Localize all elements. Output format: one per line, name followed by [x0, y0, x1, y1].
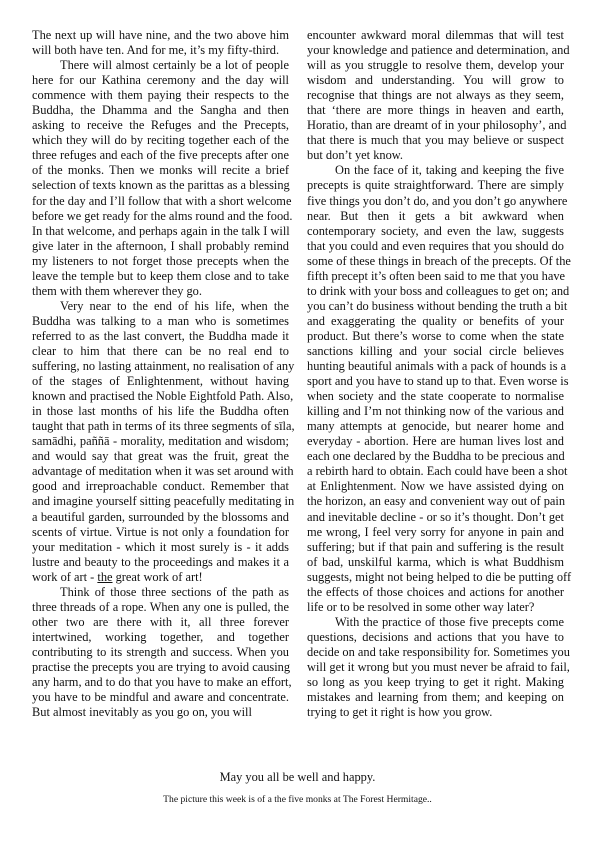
text-line: precepts is quite straightforward. There… [307, 178, 564, 193]
text-line: wisdom and understanding. You will grow … [307, 73, 564, 88]
text-line: In that welcome, and perhaps again in th… [32, 224, 289, 239]
text-line: but don’t yet know. [307, 148, 564, 163]
text-line: near. But then it gets a bit awkward whe… [307, 209, 564, 224]
left-column: The next up will have nine, and the two … [32, 28, 289, 720]
text-line: for the day and I’ll follow that with a … [32, 194, 289, 209]
text-line: encounter awkward moral dilemmas that wi… [307, 28, 564, 43]
text-line: sanctions killing and your social circle… [307, 344, 564, 359]
text-line: the effects of those choices and actions… [307, 585, 564, 600]
text-line: and imagine yourself sitting peacefully … [32, 494, 289, 509]
text-line: your meditation - which it most surely i… [32, 540, 289, 555]
text-line: other two are there with it, all three f… [32, 615, 289, 630]
text-line: three threads of a rope. When any one is… [32, 600, 289, 615]
paragraph: There will almost certainly be a lot of … [32, 58, 289, 299]
text-line: clear to him that there can be no real e… [32, 344, 289, 359]
text-line: when society and the state cooperate to … [307, 389, 564, 404]
text-line: suggests, might not being helped to die … [307, 570, 564, 585]
text-line: decide on and take responsibility for. S… [307, 645, 564, 660]
text-line: On the face of it, taking and keeping th… [307, 163, 564, 178]
text-line: Very near to the end of his life, when t… [32, 299, 289, 314]
text-line: any harm, and to do that you have to mak… [32, 675, 289, 690]
text-line: my listeners to not forget those precept… [32, 254, 289, 269]
text-line: you can’t do business without bending th… [307, 299, 564, 314]
text-line: advantage of meditation when it was set … [32, 464, 289, 479]
text-line: before we get ready for the alms round a… [32, 209, 289, 224]
text-line: Horatio, than are dreamt of in your phil… [307, 118, 564, 133]
text-line: known and practised the Noble Eightfold … [32, 389, 289, 404]
text-line: so long as you keep trying to get it rig… [307, 675, 564, 690]
text-line: Think of those three sections of the pat… [32, 585, 289, 600]
text-line: three refuges and each of the five prece… [32, 148, 289, 163]
paragraph: With the practice of those five precepts… [307, 615, 564, 720]
text-line: killing and I’m not thinking now of the … [307, 404, 564, 419]
text-line: taught that path in terms of its three s… [32, 419, 289, 434]
text-line: them with them wherever they go. [32, 284, 289, 299]
text-line: contributing to its strength and success… [32, 645, 289, 660]
text-line: questions, decisions and actions that yo… [307, 630, 564, 645]
text-line: will as you struggle to resolve them, de… [307, 58, 564, 73]
text-line: many attempts at genocide, but nearer ho… [307, 419, 564, 434]
text-line: referred to as the last convert, the Bud… [32, 329, 289, 344]
text-line: life or to be resolved in some other way… [307, 600, 564, 615]
text-line: product. But there’s worse to come when … [307, 329, 564, 344]
closing-blessing: May you all be well and happy. [0, 770, 595, 785]
text-line: good and irreproachable conduct. Remembe… [32, 479, 289, 494]
text-line: suffering; but if that pain and sufferin… [307, 540, 564, 555]
text-line: samādhi, paññā - morality, meditation an… [32, 434, 289, 449]
text-line: to drink with your boss and colleagues t… [307, 284, 564, 299]
text-line: practise the precepts you are trying to … [32, 660, 289, 675]
text-line: leave the temple but to keep them close … [32, 269, 289, 284]
text-line: will get it wrong but you must never be … [307, 660, 564, 675]
paragraph: Very near to the end of his life, when t… [32, 299, 289, 585]
text-line: asking to receive the Refuges and the Pr… [32, 118, 289, 133]
right-column: encounter awkward moral dilemmas that wi… [307, 28, 564, 720]
paragraph: On the face of it, taking and keeping th… [307, 163, 564, 614]
text-line: mistakes and learning from them; and kee… [307, 690, 564, 705]
text-line: here for our Kathina ceremony and the da… [32, 73, 289, 88]
text-line: selection of texts known as the parittas… [32, 178, 289, 193]
text-line: sport and you have to stand up to that. … [307, 374, 564, 389]
text-line: and would say that great was the fruit, … [32, 449, 289, 464]
text-line: and exaggerating the quality or benefits… [307, 314, 564, 329]
emphasized-word: the [97, 570, 112, 584]
text-line: the horizon, an easy and convenient way … [307, 494, 564, 509]
text-line: intertwined, working together, and toget… [32, 630, 289, 645]
text-line: recognise that things are not always as … [307, 88, 564, 103]
text-line: a beautiful garden, surrounded by the bl… [32, 510, 289, 525]
text-line: a rebirth hard to obtain. Each could hav… [307, 464, 564, 479]
text-line: that there is much that you may believe … [307, 133, 564, 148]
text-line: your knowledge and patience and determin… [307, 43, 564, 58]
text-line: that ‘there are more things in heaven an… [307, 103, 564, 118]
text-line: The next up will have nine, and the two … [32, 28, 289, 43]
text-line: contemporary society, and even the law, … [307, 224, 564, 239]
text-line: work of art - the great work of art! [32, 570, 289, 585]
text-line: you have to be mindful and aware and con… [32, 690, 289, 705]
text-line: suffering, no lasting attainment, no rea… [32, 359, 289, 374]
text-line: some of these things in breach of the pr… [307, 254, 564, 269]
text-line: at Enlightenment. Now we have assisted d… [307, 479, 564, 494]
text-line: Buddha, the Dhamma and the Sangha and th… [32, 103, 289, 118]
text-line: me wrong, I feel very sorry for anyone i… [307, 525, 564, 540]
text-line: hunting beautiful animals with a pack of… [307, 359, 564, 374]
text-line: and inevitable decline - or so it’s thou… [307, 510, 564, 525]
text-line: each one declared by the Buddha to be pr… [307, 449, 564, 464]
text-line: fifth precept it’s often been said to me… [307, 269, 564, 284]
text-line: everyday - abortion. Here are human live… [307, 434, 564, 449]
text-line: But almost inevitably as you go on, you … [32, 705, 289, 720]
text-fragment: great work of art! [113, 570, 203, 584]
text-line: give later in the afternoon, I shall pro… [32, 239, 289, 254]
text-line: of bad, unskilful karma, which is what B… [307, 555, 564, 570]
text-line: which they will do by reciting together … [32, 133, 289, 148]
text-line: of the monks. Then we monks will recite … [32, 163, 289, 178]
text-line: Buddha was talking to a man who is somet… [32, 314, 289, 329]
text-line: of the stages of Enlightenment, without … [32, 374, 289, 389]
text-line: five things you don’t do, and you don’t … [307, 194, 564, 209]
text-line: trying to get it right is how you grow. [307, 705, 564, 720]
text-line: With the practice of those five precepts… [307, 615, 564, 630]
text-line: that you could and even requires that yo… [307, 239, 564, 254]
picture-caption: The picture this week is of a the five m… [0, 794, 595, 805]
text-line: in those last months of his life the Bud… [32, 404, 289, 419]
paragraph: encounter awkward moral dilemmas that wi… [307, 28, 564, 163]
paragraph: Think of those three sections of the pat… [32, 585, 289, 720]
text-line: will both have ten. And for me, it’s my … [32, 43, 289, 58]
text-line: lustre and beauty to the proceedings and… [32, 555, 289, 570]
paragraph: The next up will have nine, and the two … [32, 28, 289, 58]
text-line: scents of virtue. Virtue is not only a f… [32, 525, 289, 540]
text-line: commence with them paying their respects… [32, 88, 289, 103]
text-line: There will almost certainly be a lot of … [32, 58, 289, 73]
text-fragment: work of art - [32, 570, 97, 584]
